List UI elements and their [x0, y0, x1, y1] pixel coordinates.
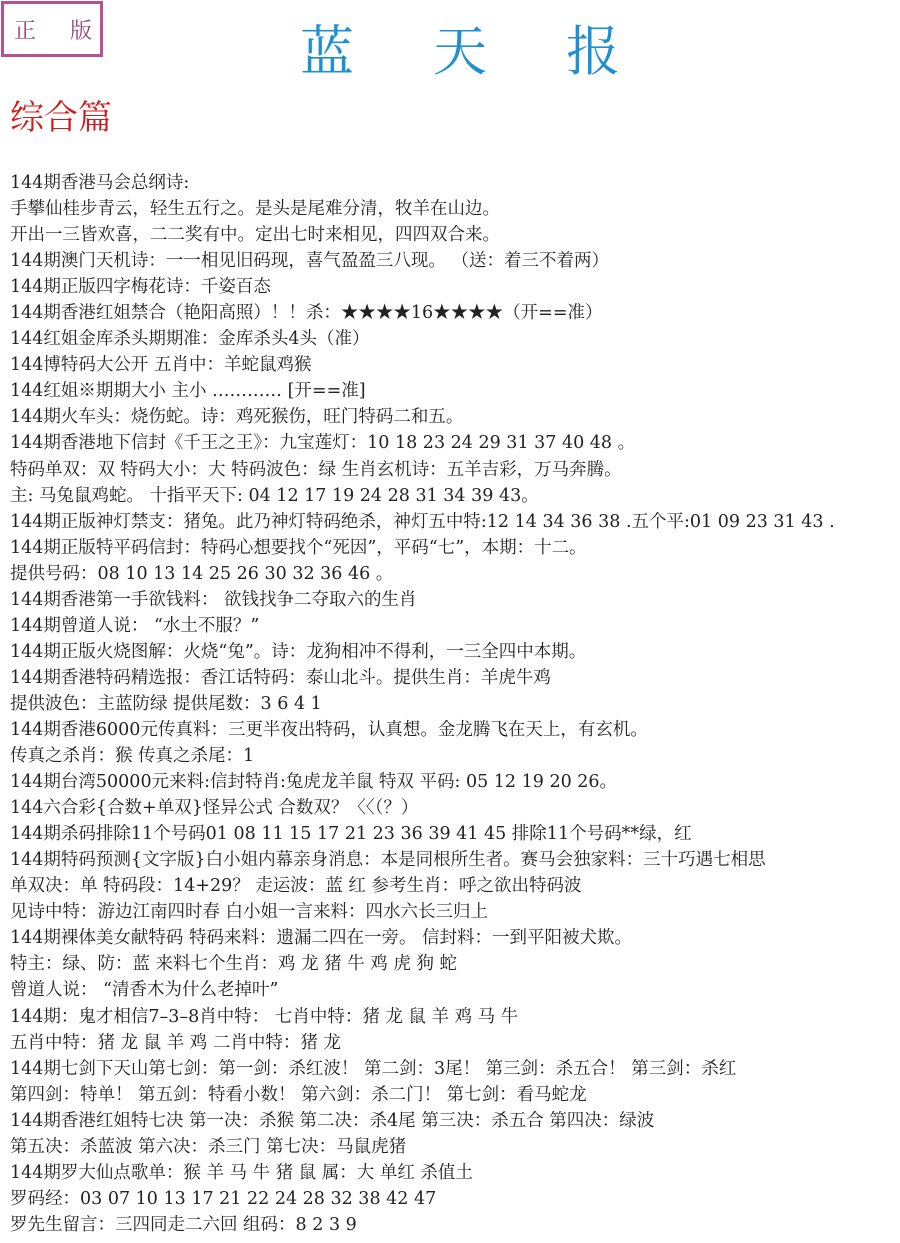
text-line: 144期澳门天机诗：一一相见旧码现，喜气盈盈三八现。 （送：着三不着两）	[10, 248, 900, 274]
badge-char: 版	[70, 14, 92, 45]
title-char: 天	[433, 20, 487, 84]
section-title: 综合篇	[10, 96, 112, 140]
text-line: 144期杀码排除11个号码01 08 11 15 17 21 23 36 39 …	[10, 821, 900, 847]
text-line: 144红姐金库杀头期期准：金库杀头4头（准）	[10, 326, 900, 352]
text-line: 144期曾道人说： “水土不服？”	[10, 613, 900, 639]
text-line: 曾道人说： “清香木为什么老掉叶”	[10, 977, 900, 1003]
text-line: 提供波色：主蓝防绿 提供尾数：3 6 4 1	[10, 691, 900, 717]
text-line: 144期正版四字梅花诗：千姿百态	[10, 274, 900, 300]
text-line: 第五决：杀蓝波 第六决：杀三门 第七决：马鼠虎猪	[10, 1134, 900, 1160]
title-char: 报	[566, 20, 620, 84]
text-line: 特码单双：双 特码大小：大 特码波色：绿 生肖玄机诗：五羊吉彩，万马奔腾。	[10, 457, 900, 483]
text-line: 144期香港马会总纲诗:	[10, 170, 900, 196]
text-line: 主: 马兔鼠鸡蛇。 十指平天下: 04 12 17 19 24 28 31 34…	[10, 483, 900, 509]
text-line: 144期香港第一手欲钱料： 欲钱找争二夺取六的生肖	[10, 587, 900, 613]
edition-badge: 正 版	[1, 1, 103, 57]
text-line: 提供号码：08 10 13 14 25 26 30 32 36 46 。	[10, 561, 900, 587]
text-line: 144红姐※期期大小 主小 ………… [开==准]	[10, 378, 900, 404]
text-line: 144期香港特码精选报：香江话特码：泰山北斗。提供生肖：羊虎牛鸡	[10, 665, 900, 691]
text-line: 见诗中特：游边江南四时春 白小姐一言来料：四水六长三归上	[10, 899, 900, 925]
text-line: 144期火车头：烧伤蛇。诗：鸡死猴伤，旺门特码二和五。	[10, 404, 900, 430]
text-line: 144期香港地下信封《千王之王》：九宝莲灯：10 18 23 24 29 31 …	[10, 430, 900, 456]
text-line: 144期裸体美女献特码 特码来料：遗漏二四在一旁。 信封料：一到平阳被犬欺。	[10, 925, 900, 951]
badge-char: 正	[14, 14, 36, 45]
text-line: 开出一三皆欢喜，二二奖有中。定出七时来相见，四四双合来。	[10, 222, 900, 248]
text-line: 144期香港红姐禁合（艳阳高照）！！杀：★★★★16★★★★（开==准）	[10, 300, 900, 326]
text-line: 手攀仙桂步青云，轻生五行之。是头是尾难分清，牧羊在山边。	[10, 196, 900, 222]
text-line: 五肖中特：猪 龙 鼠 羊 鸡 二肖中特：猪 龙	[10, 1030, 900, 1056]
text-line: 传真之杀肖：猴 传真之杀尾：1	[10, 743, 900, 769]
text-line: 单双决：单 特码段：14+29？ 走运波：蓝 红 参考生肖：呼之欲出特码波	[10, 873, 900, 899]
text-line: 特主：绿、防：蓝 来料七个生肖：鸡 龙 猪 牛 鸡 虎 狗 蛇	[10, 951, 900, 977]
text-line: 罗码经：03 07 10 13 17 21 22 24 28 32 38 42 …	[10, 1186, 900, 1212]
text-line: 144期七剑下天山第七剑：第一剑：杀红波！ 第二剑：3尾！ 第三剑：杀五合！ 第…	[10, 1056, 900, 1082]
text-line: 144期正版特平码信封：特码心想要找个“死因”，平码“七”，本期：十二。	[10, 535, 900, 561]
text-line: 144六合彩{合数+单双}怪异公式 合数双？〈〈（？）	[10, 795, 900, 821]
text-line: 罗先生留言：三四同走二六回 组码：8 2 3 9	[10, 1212, 900, 1238]
text-line: 144期特码预测{文字版}白小姐内幕亲身消息：本是同根所生者。赛马会独家料：三十…	[10, 847, 900, 873]
text-line: 144期：鬼才相信7–3–8肖中特： 七肖中特：猪 龙 鼠 羊 鸡 马 牛	[10, 1004, 900, 1030]
text-line: 144期香港红姐特七决 第一决：杀猴 第二决：杀4尾 第三决：杀五合 第四决：绿…	[10, 1108, 900, 1134]
text-line: 144期香港6000元传真料：三更半夜出特码，认真想。金龙腾飞在天上，有玄机。	[10, 717, 900, 743]
text-line: 144期正版火烧图解：火烧“兔”。诗：龙狗相冲不得利，一三全四中本期。	[10, 639, 900, 665]
text-line: 144期罗大仙点歌单：猴 羊 马 牛 猪 鼠 属：大 单红 杀值土	[10, 1160, 900, 1186]
content-body: 144期香港马会总纲诗: 手攀仙桂步青云，轻生五行之。是头是尾难分清，牧羊在山边…	[10, 170, 900, 1238]
page-title: 蓝 天 报	[300, 20, 620, 84]
text-line: 144博特码大公开 五肖中：羊蛇鼠鸡猴	[10, 352, 900, 378]
title-char: 蓝	[300, 20, 354, 84]
text-line: 144期台湾50000元来料:信封特肖:兔虎龙羊鼠 特双 平码: 05 12 1…	[10, 769, 900, 795]
text-line: 144期正版神灯禁支：猪兔。此乃神灯特码绝杀，神灯五中特:12 14 34 36…	[10, 509, 900, 535]
text-line: 第四剑：特单！ 第五剑：特看小数！ 第六剑：杀二门！ 第七剑：看马蛇龙	[10, 1082, 900, 1108]
